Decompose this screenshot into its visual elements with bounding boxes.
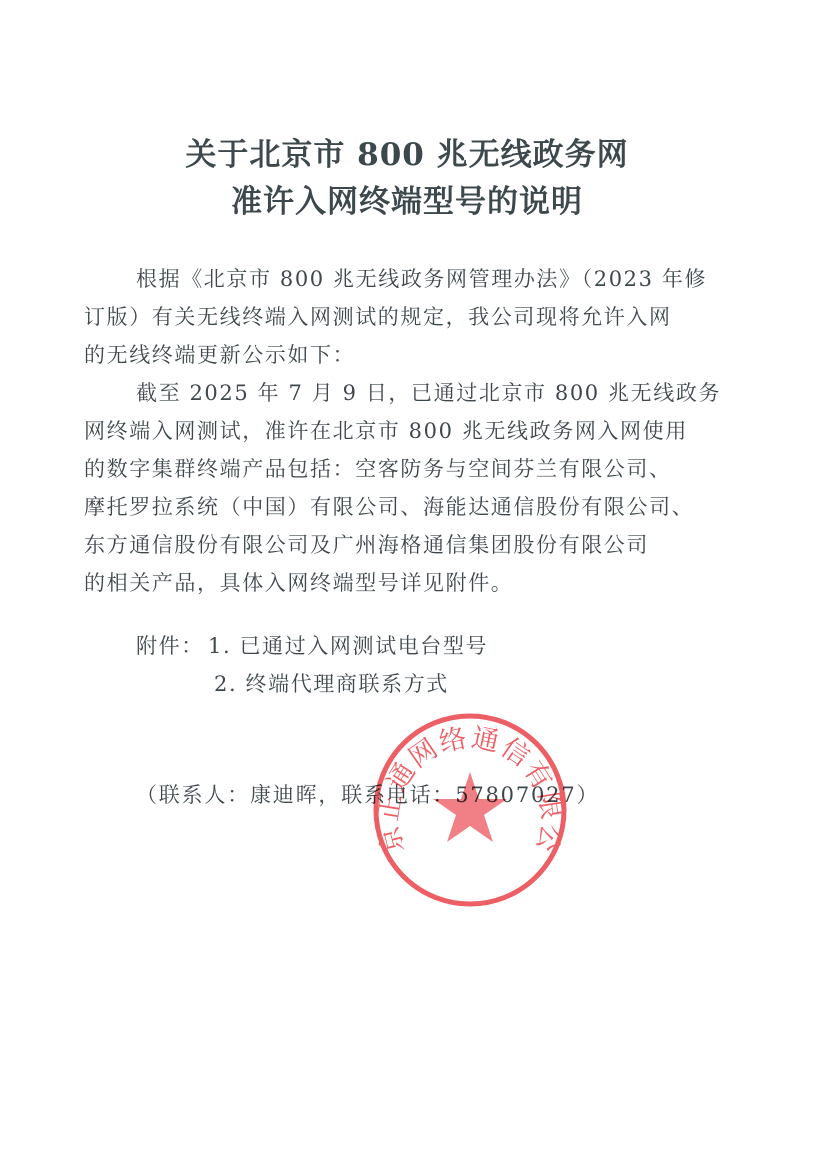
paragraph-line: 摩托罗拉系统（中国）有限公司、海能达通信股份有限公司、 <box>84 493 694 521</box>
paragraph-line: 截至 2025 年 7 月 9 日，已通过北京市 800 兆无线政务 <box>136 379 721 407</box>
paragraph-line: 的数字集群终端产品包括：空客防务与空间芬兰有限公司、 <box>84 455 672 483</box>
paragraph-line: 东方通信股份有限公司及广州海格通信集团股份有限公司 <box>84 531 649 559</box>
company-seal: 北京正通网络通信有限公司 <box>370 710 570 910</box>
paragraph-line: 的相关产品，具体入网终端型号详见附件。 <box>84 569 513 597</box>
paragraph-line: 的无线终端更新公示如下： <box>84 341 355 369</box>
document-title-line-2: 准许入网终端型号的说明 <box>0 182 814 222</box>
document-page: 关于北京市 800 兆无线政务网 准许入网终端型号的说明 根据《北京市 800 … <box>0 0 814 1164</box>
star-icon <box>433 772 507 842</box>
paragraph-line: 根据《北京市 800 兆无线政务网管理办法》（2023 年修 <box>136 265 707 293</box>
paragraph-line: 订版）有关无线终端入网测试的规定，我公司现将允许入网 <box>84 303 672 331</box>
attachments-label: 附件： <box>136 632 204 660</box>
paragraph-line: 网终端入网测试，准许在北京市 800 兆无线政务网入网使用 <box>84 417 688 445</box>
document-title-line-1: 关于北京市 800 兆无线政务网 <box>0 135 814 175</box>
attachment-item: 2. 终端代理商联系方式 <box>214 670 449 698</box>
attachment-item: 1. 已通过入网测试电台型号 <box>208 632 488 660</box>
